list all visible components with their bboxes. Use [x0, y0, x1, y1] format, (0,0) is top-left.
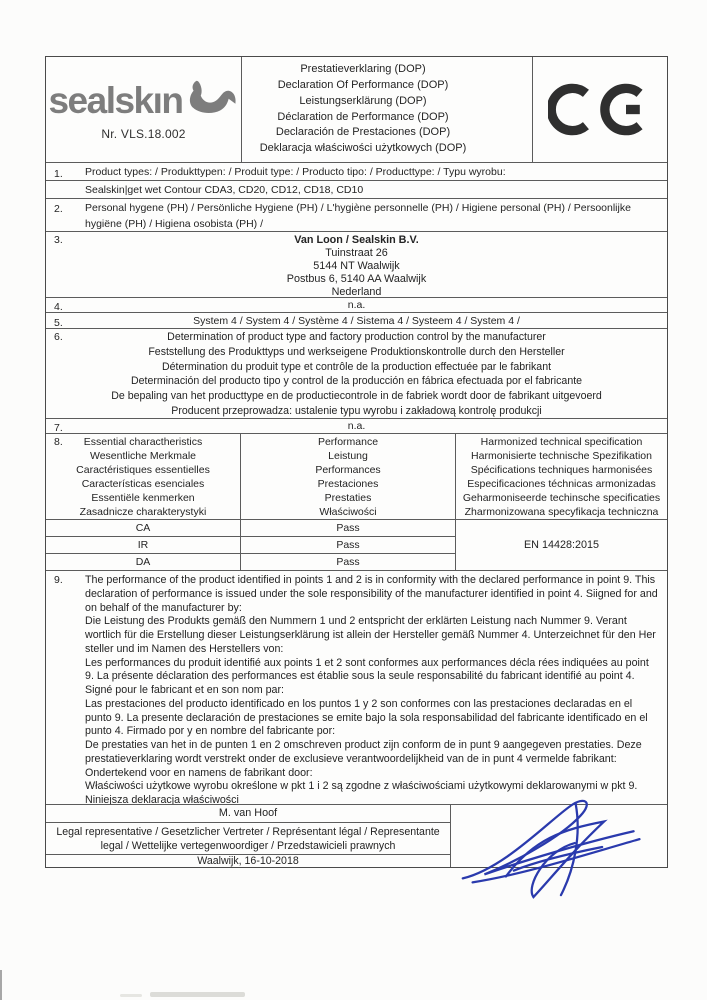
signatory-role: Legal representative / Gesetzlicher Vert…: [46, 822, 450, 854]
result-row-ir: IR Pass: [46, 536, 455, 553]
declaration-paragraph-pl: Właściwości użytkowe wyrobu określone w …: [85, 780, 659, 804]
declaration-paragraph-de: Die Leistung des Produkts gemäß den Numm…: [85, 615, 659, 656]
specification-column-header: Harmonized technical specification Harmo…: [455, 434, 667, 519]
section-4-value: n.a.: [46, 298, 667, 313]
dop-titles: Prestatieverklaring (DOP) Declaration Of…: [241, 57, 533, 162]
section-8-header-row: 8. Essential charactheristics Wesentlich…: [46, 433, 667, 519]
manufacturer-name: Van Loon / Sealskin B.V.: [46, 234, 667, 247]
section-number: 2.: [54, 201, 63, 217]
column-header-line: Caractéristiques essentielles: [46, 463, 240, 477]
scan-artifact-bottom-smudge: [150, 992, 245, 997]
harmonized-standard-cell: EN 14428:2015: [455, 520, 667, 570]
section-9-row: 9. The performance of the product identi…: [46, 570, 667, 804]
dop-title-line: Prestatieverklaring (DOP): [242, 62, 484, 78]
section-6-line: Feststellung des Produkttyps und werksei…: [46, 345, 667, 360]
address-line: 5144 NT Waalwijk: [46, 260, 667, 273]
section-6-line: Determination of product type and factor…: [46, 330, 667, 345]
column-header-line: Zharmonizowana specyfikacja techniczna: [456, 505, 667, 519]
performance-cell: Pass: [240, 520, 455, 536]
column-header-line: Prestaties: [241, 491, 455, 505]
logo-cell: sealskın Nr. VLS.18.002: [46, 57, 241, 162]
column-header-line: Leistung: [241, 449, 455, 463]
performance-cell: Pass: [240, 554, 455, 570]
column-header-line: Essentiële kenmerken: [46, 491, 240, 505]
signatory-details: M. van Hoof Legal representative / Geset…: [46, 805, 450, 867]
results-block: CA Pass IR Pass DA Pass EN 14428:2015: [46, 519, 667, 570]
section-6-line: Producent przeprowadza: ustalenie typu w…: [46, 404, 667, 419]
dop-title-line: Declaration Of Performance (DOP): [242, 78, 484, 94]
characteristic-cell: DA: [46, 554, 240, 570]
section-3-row: 3. Van Loon / Sealskin B.V. Tuinstraat 2…: [46, 231, 667, 297]
section-number: 9.: [54, 574, 63, 588]
place-and-date: Waalwijk, 16-10-2018: [46, 854, 450, 867]
section-6-row: 6. Determination of product type and fac…: [46, 328, 667, 418]
scan-artifact-bottom-smudge: [120, 994, 142, 997]
section-1-value-row: Sealskin|get wet Contour CDA3, CD20, CD1…: [46, 180, 667, 198]
handwritten-signature-icon: [453, 792, 663, 900]
dop-title-line: Declaración de Prestaciones (DOP): [242, 125, 484, 141]
declaration-paragraph-fr: Les performances du produit identifié au…: [85, 657, 659, 698]
declaration-paragraph-en: The performance of the product identifie…: [85, 574, 659, 615]
section-6-line: Détermination du produit type et contrôl…: [46, 360, 667, 375]
performance-column-header: Performance Leistung Performances Presta…: [240, 434, 455, 519]
column-header-line: Harmonized technical specification: [456, 435, 667, 449]
column-header-line: Zasadnicze charakterystyki: [46, 505, 240, 519]
column-header-line: Geharmoniseerde techinsche specificaties: [456, 491, 667, 505]
scan-artifact-left-edge: [0, 970, 2, 1000]
section-4-row: 4. n.a.: [46, 297, 667, 312]
section-6-line: De bepaling van het producttype en de pr…: [46, 389, 667, 404]
section-1-label-row: 1. Product types: / Produkttypen: / Prod…: [46, 162, 667, 180]
section-7-row: 7. n.a.: [46, 418, 667, 433]
document-number: Nr. VLS.18.002: [101, 127, 185, 141]
signature-block: M. van Hoof Legal representative / Geset…: [46, 804, 667, 867]
dop-title-line: Deklaracja właściwości użytkowych (DOP): [242, 141, 484, 157]
logo-wordmark: sealskın: [48, 84, 182, 117]
column-header-line: Performances: [241, 463, 455, 477]
section-number: 6.: [54, 331, 63, 343]
avcp-system-value: System 4 / System 4 / Système 4 / Sistem…: [46, 313, 667, 329]
header-row: sealskın Nr. VLS.18.002 Prestatieverklar…: [46, 57, 667, 162]
seal-icon: [185, 78, 239, 116]
performance-cell: Pass: [240, 537, 455, 553]
product-types-value: Sealskin|get wet Contour CDA3, CD20, CD1…: [46, 181, 667, 199]
ce-cell: [533, 57, 667, 162]
address-line: Tuinstraat 26: [46, 247, 667, 260]
section-1-label: Product types: / Produkttypen: / Produit…: [46, 163, 667, 181]
signature-cell: [450, 805, 667, 867]
declaration-paragraph-nl: De prestaties van het in de punten 1 en …: [85, 739, 659, 780]
column-header-line: Essential charactheristics: [46, 435, 240, 449]
ce-mark-icon: [548, 81, 652, 138]
dop-title-line: Leistungserklärung (DOP): [242, 94, 484, 110]
section-2-row: 2. Personal hygene (PH) / Persönliche Hy…: [46, 198, 667, 231]
column-header-line: Harmonisierte technische Spezifikation: [456, 449, 667, 463]
sealskin-logo: sealskın: [48, 78, 238, 117]
result-row-ca: CA Pass: [46, 520, 455, 536]
column-header-line: Prestaciones: [241, 477, 455, 491]
signatory-name: M. van Hoof: [46, 805, 450, 822]
section-number: 3.: [54, 234, 63, 246]
characteristic-cell: IR: [46, 537, 240, 553]
declaration-paragraph-es: Las prestaciones del producto identifica…: [85, 698, 659, 739]
section-7-value: n.a.: [46, 419, 667, 434]
result-row-da: DA Pass: [46, 553, 455, 570]
column-header-line: Właściwości: [241, 505, 455, 519]
column-header-line: Wesentliche Merkmale: [46, 449, 240, 463]
dop-certificate-table: sealskın Nr. VLS.18.002 Prestatieverklar…: [45, 56, 668, 868]
characteristics-column-header: Essential charactheristics Wesentliche M…: [46, 434, 240, 519]
column-header-line: Performance: [241, 435, 455, 449]
section-6-line: Determinación del producto tipo y contro…: [46, 374, 667, 389]
scanned-document-page: sealskın Nr. VLS.18.002 Prestatieverklar…: [0, 0, 707, 1000]
intended-use-text: Personal hygene (PH) / Persönliche Hygie…: [85, 200, 659, 232]
section-5-row: 5. System 4 / System 4 / Système 4 / Sis…: [46, 312, 667, 328]
address-line: Postbus 6, 5140 AA Waalwijk: [46, 273, 667, 286]
column-header-line: Especificaciones téchnicas armonizadas: [456, 477, 667, 491]
results-rows: CA Pass IR Pass DA Pass: [46, 520, 455, 570]
characteristic-cell: CA: [46, 520, 240, 536]
dop-title-line: Déclaration de Performance (DOP): [242, 110, 484, 126]
section-number: 8.: [54, 436, 63, 448]
column-header-line: Spécifications techniques harmonisées: [456, 463, 667, 477]
column-header-line: Características esenciales: [46, 477, 240, 491]
